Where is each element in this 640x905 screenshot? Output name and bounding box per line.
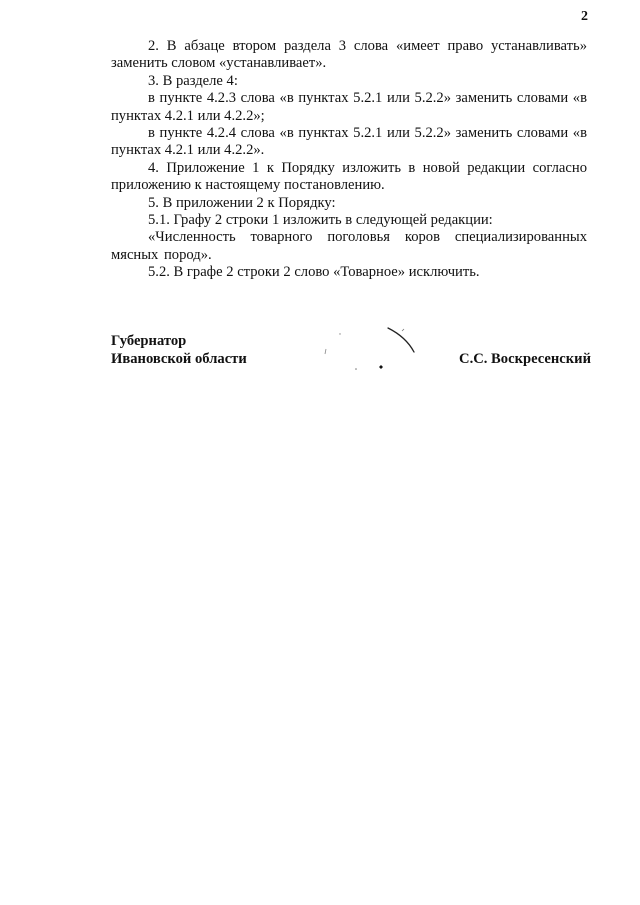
paragraph-item-3: 3. В разделе 4: <box>111 73 587 90</box>
paragraph-item-5-2: 5.2. В графе 2 строки 2 слово «Товарное»… <box>111 264 587 281</box>
signer-name: С.С. Воскресенский <box>459 351 591 369</box>
signer-title-line-2: Ивановской области <box>111 351 247 369</box>
signer-title-line-1: Губернатор <box>111 333 247 351</box>
paragraph-item-3-1: в пункте 4.2.3 слова «в пунктах 5.2.1 ил… <box>111 90 587 125</box>
paragraph-item-3-2: в пункте 4.2.4 слова «в пунктах 5.2.1 ил… <box>111 125 587 160</box>
page-number: 2 <box>581 9 588 25</box>
paragraph-item-5-1: 5.1. Графу 2 строки 1 изложить в следующ… <box>111 212 587 229</box>
paragraph-item-4: 4. Приложение 1 к Порядку изложить в нов… <box>111 160 587 195</box>
paragraph-item-2: 2. В абзаце втором раздела 3 слова «имее… <box>111 38 587 73</box>
signer-title: Губернатор Ивановской области <box>111 333 247 368</box>
signature-block: Губернатор Ивановской области С.С. Воскр… <box>111 333 591 383</box>
paragraph-item-5-1-quote: «Численность товарного поголовья коров с… <box>111 229 587 264</box>
paragraph-item-5: 5. В приложении 2 к Порядку: <box>111 195 587 212</box>
handwritten-signature-icon <box>311 321 431 381</box>
document-body: 2. В абзаце втором раздела 3 слова «имее… <box>111 38 587 282</box>
